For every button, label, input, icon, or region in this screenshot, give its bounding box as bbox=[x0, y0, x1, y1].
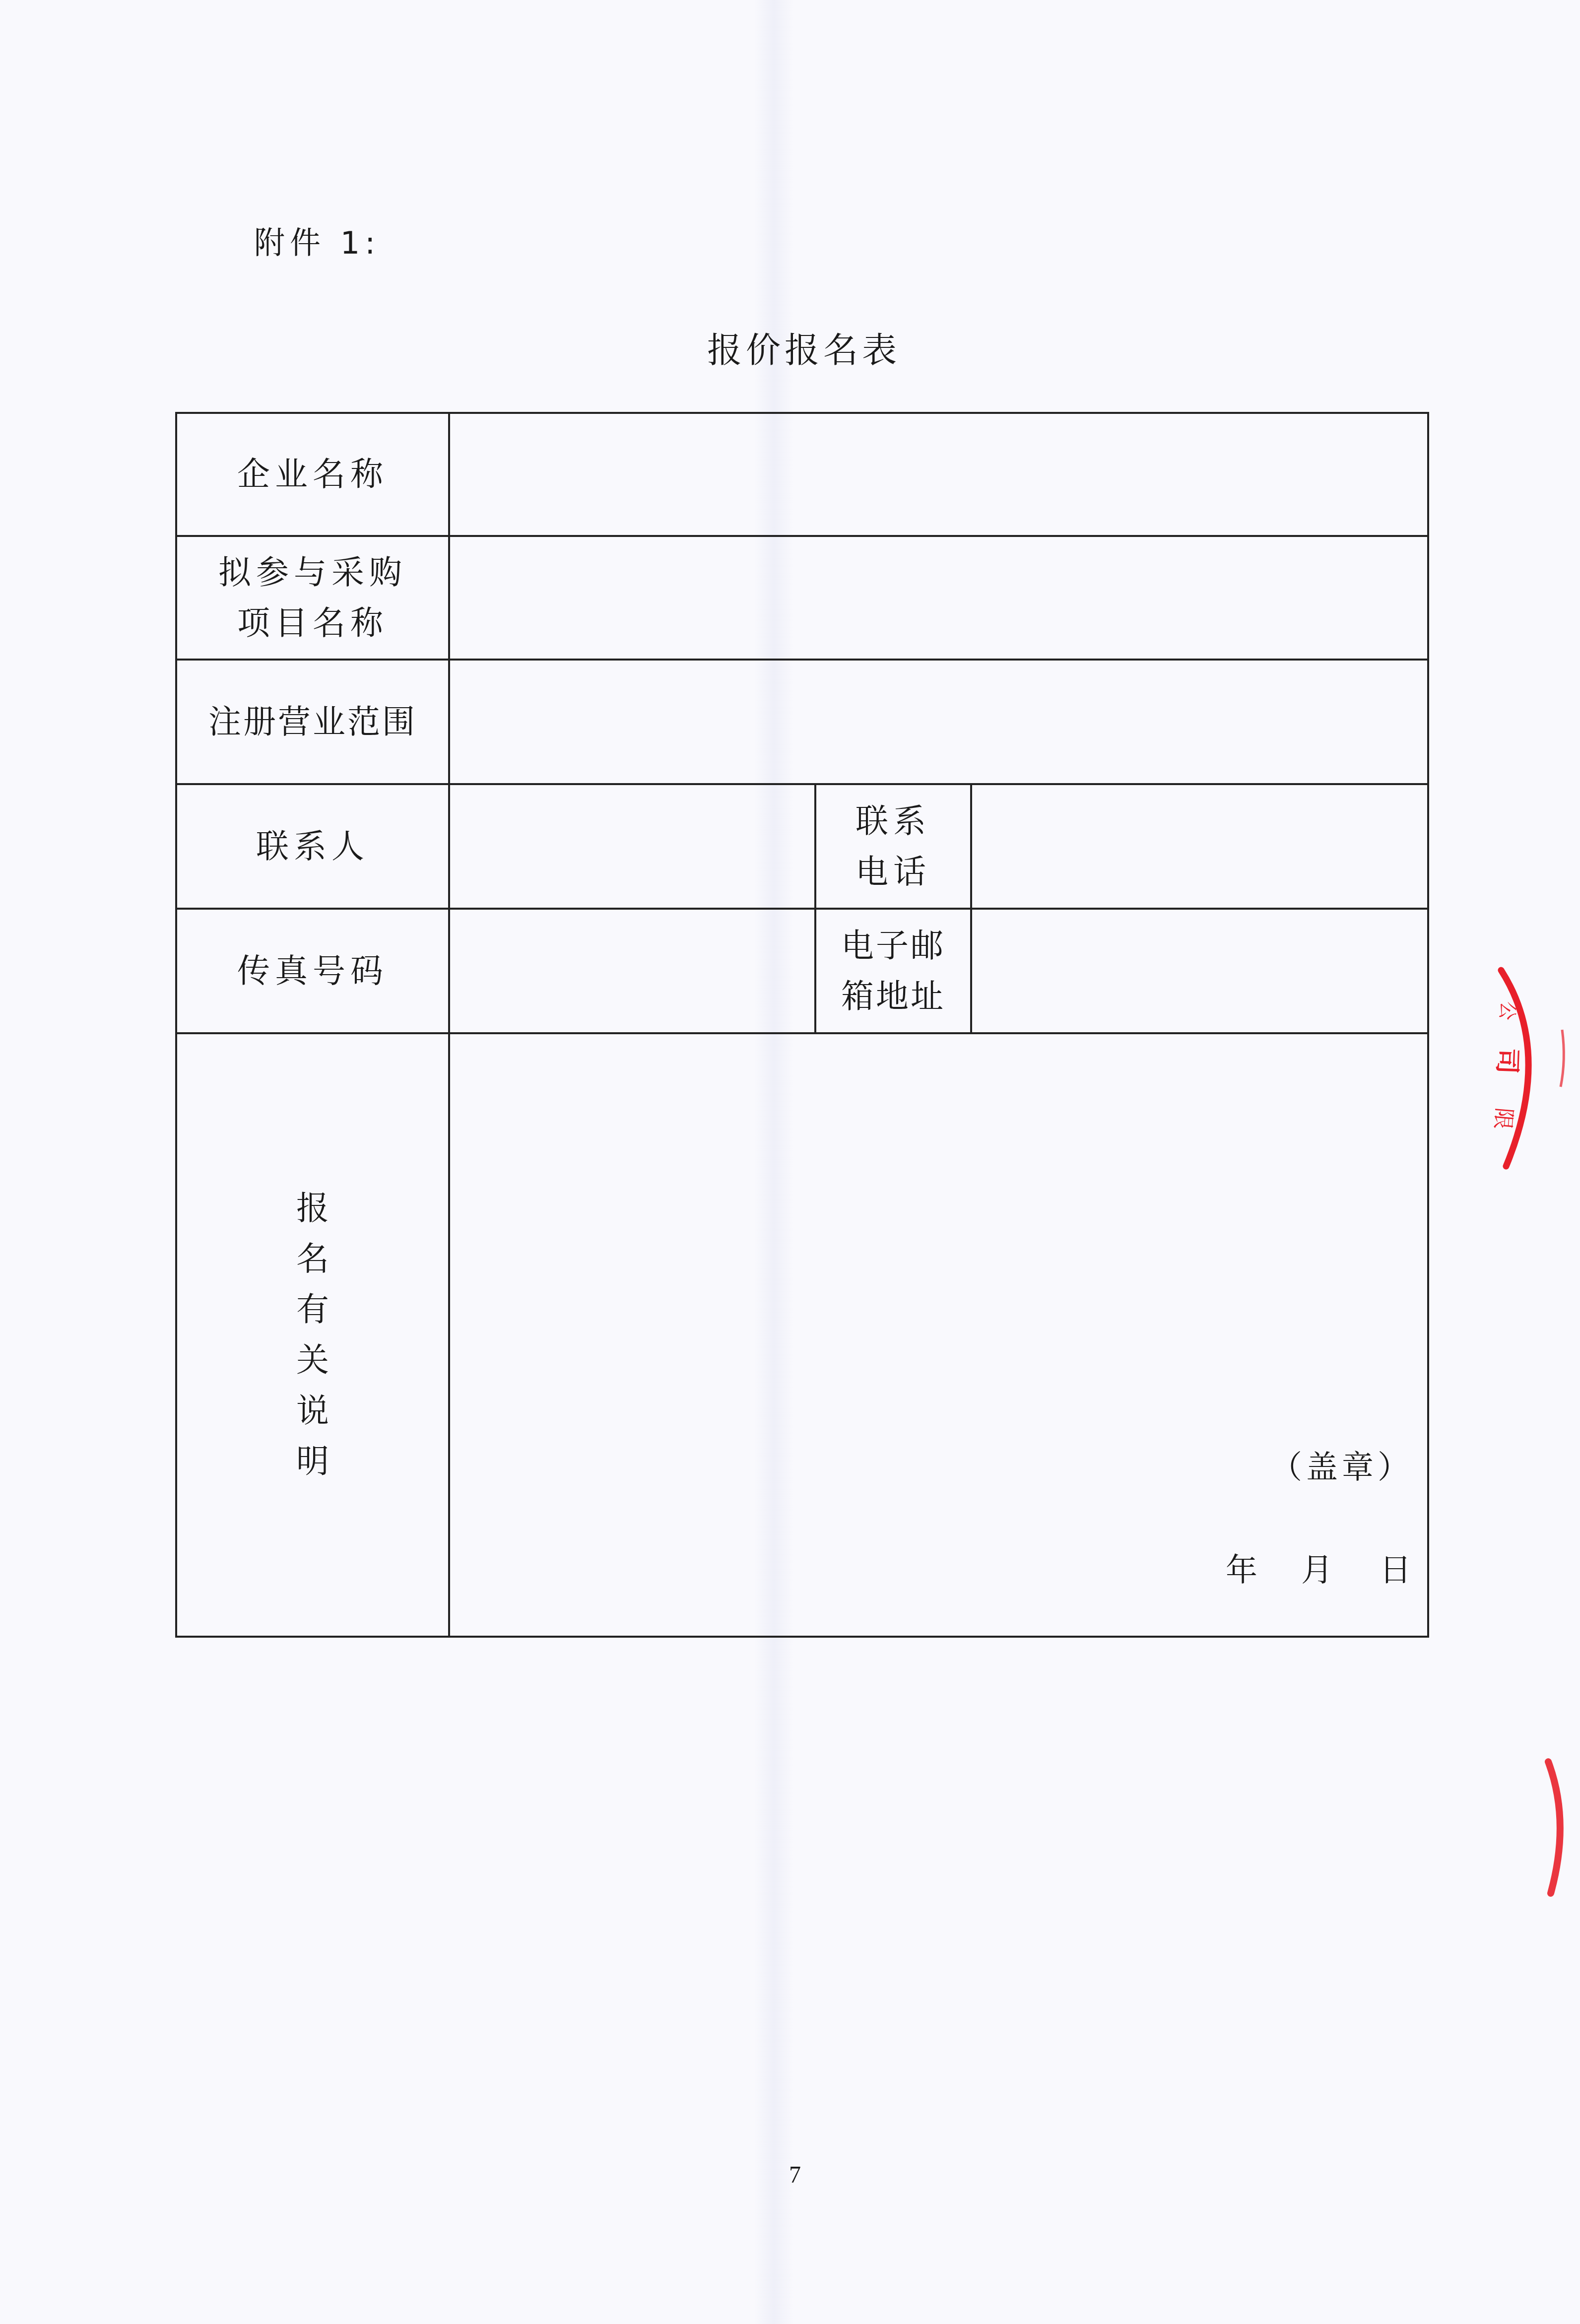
label-char: 报 bbox=[296, 1183, 329, 1234]
seal-note: （盖章） bbox=[1270, 1442, 1413, 1487]
label-char: 名 bbox=[296, 1234, 329, 1284]
contact-phone-field[interactable] bbox=[972, 785, 1427, 908]
label-email-address: 电子邮 箱地址 bbox=[816, 910, 970, 1032]
label-project-name: 拟参与采购 项目名称 bbox=[177, 537, 448, 659]
project-name-field[interactable] bbox=[450, 537, 1427, 659]
form-title: 报价报名表 bbox=[0, 323, 1580, 373]
company-seal-stamp: 公 司 限 bbox=[1484, 953, 1580, 1181]
email-address-field[interactable] bbox=[972, 910, 1427, 1032]
registration-remarks-field[interactable] bbox=[450, 1034, 1427, 1636]
annex-label: 附件 1: bbox=[254, 218, 380, 263]
label-contact-person: 联系人 bbox=[177, 785, 448, 908]
seal-stamp-fragment bbox=[1528, 1752, 1580, 1901]
date-day: 日 bbox=[1380, 1544, 1415, 1590]
label-registration-remarks: 报 名 有 关 说 明 bbox=[177, 1034, 448, 1636]
contact-person-field[interactable] bbox=[450, 785, 814, 908]
label-fax-number: 传真号码 bbox=[177, 910, 448, 1032]
label-line: 项目名称 bbox=[237, 598, 388, 649]
label-business-scope: 注册营业范围 bbox=[177, 661, 448, 783]
label-text: 联系人 bbox=[256, 822, 369, 871]
label-char: 明 bbox=[296, 1436, 329, 1487]
label-line: 箱地址 bbox=[841, 971, 945, 1022]
svg-text:公: 公 bbox=[1496, 1000, 1519, 1021]
label-text: 注册营业范围 bbox=[208, 697, 417, 747]
date-month: 月 bbox=[1301, 1544, 1337, 1590]
label-line: 拟参与采购 bbox=[218, 547, 407, 598]
svg-text:司: 司 bbox=[1492, 1048, 1522, 1074]
business-scope-field[interactable] bbox=[450, 661, 1427, 783]
fax-number-field[interactable] bbox=[450, 910, 814, 1032]
label-contact-phone: 联系 电话 bbox=[816, 785, 970, 908]
label-text: 传真号码 bbox=[237, 946, 388, 996]
label-line: 联系 bbox=[856, 796, 931, 847]
svg-text:限: 限 bbox=[1490, 1107, 1517, 1130]
label-text: 企业名称 bbox=[237, 450, 388, 499]
label-company-name: 企业名称 bbox=[177, 414, 448, 535]
label-char: 说 bbox=[296, 1386, 329, 1436]
page-number: 7 bbox=[789, 2161, 801, 2189]
label-char: 有 bbox=[296, 1284, 329, 1335]
date-year: 年 bbox=[1226, 1544, 1261, 1590]
label-line: 电话 bbox=[856, 847, 931, 897]
label-char: 关 bbox=[296, 1335, 329, 1386]
company-name-field[interactable] bbox=[450, 414, 1427, 535]
label-line: 电子邮 bbox=[841, 921, 945, 971]
